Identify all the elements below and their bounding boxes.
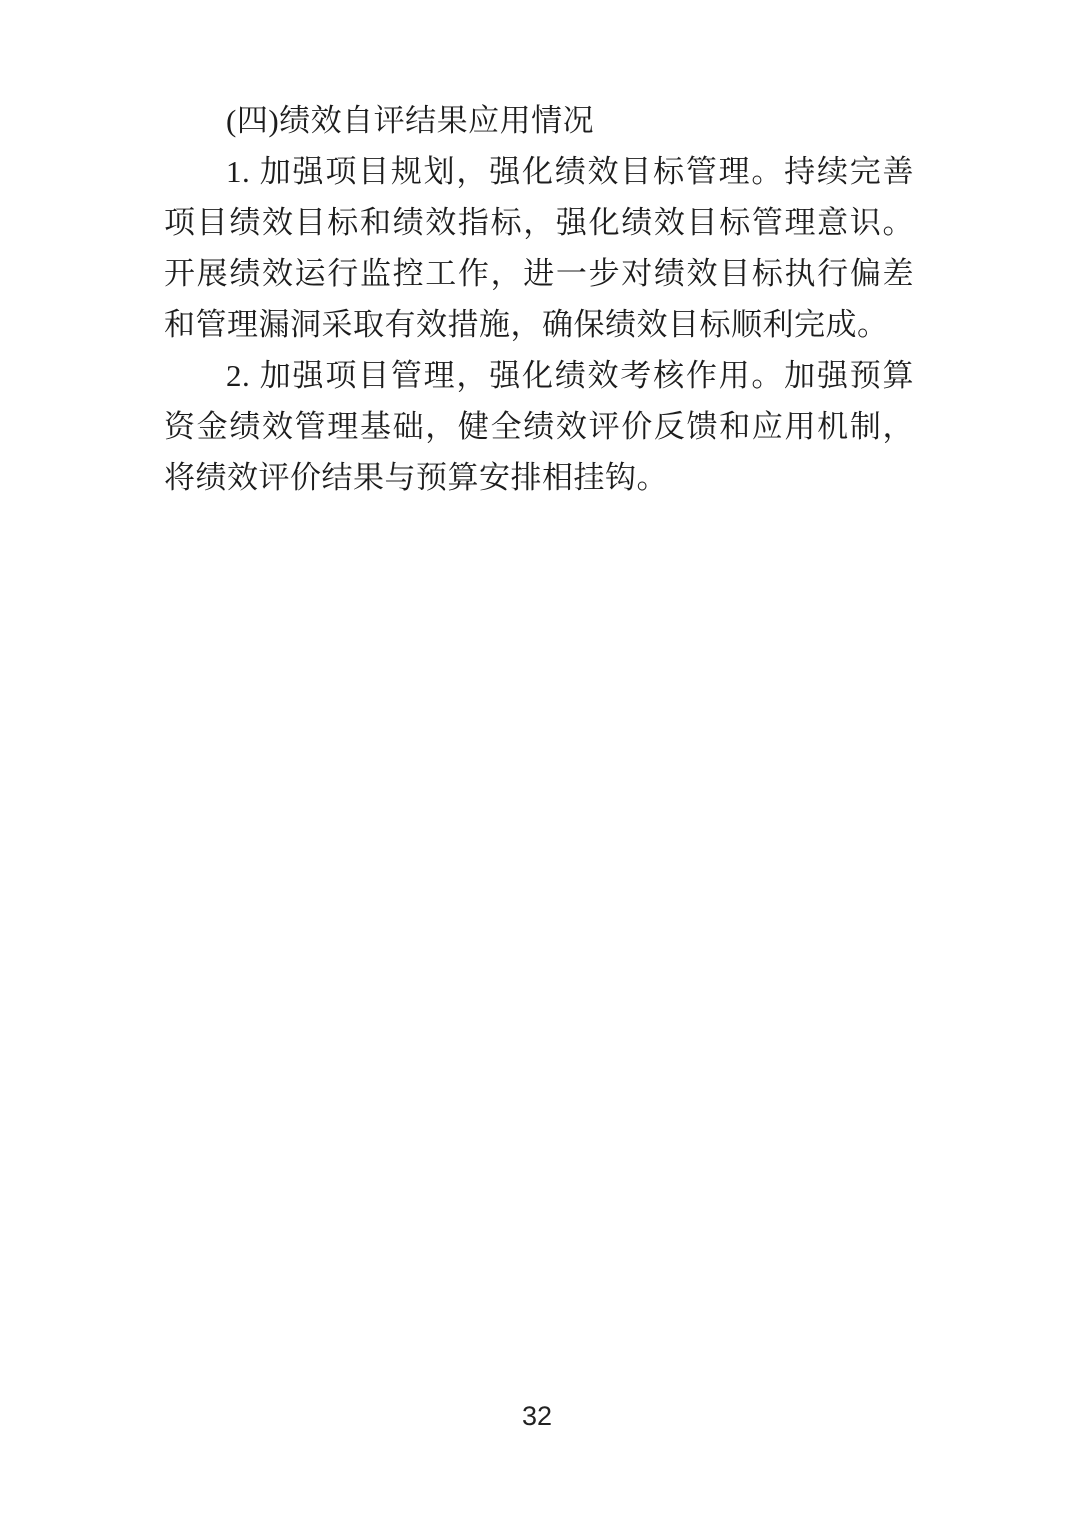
document-page: (四)绩效自评结果应用情况 1. 加强项目规划，强化绩效目标管理。持续完善项目绩… bbox=[0, 0, 1074, 1520]
page-number: 32 bbox=[0, 1400, 1074, 1432]
section-heading: (四)绩效自评结果应用情况 bbox=[164, 95, 914, 146]
paragraph-2: 2. 加强项目管理，强化绩效考核作用。加强预算资金绩效管理基础，健全绩效评价反馈… bbox=[164, 350, 914, 503]
page-content: (四)绩效自评结果应用情况 1. 加强项目规划，强化绩效目标管理。持续完善项目绩… bbox=[164, 95, 914, 503]
paragraph-1: 1. 加强项目规划，强化绩效目标管理。持续完善项目绩效目标和绩效指标，强化绩效目… bbox=[164, 146, 914, 350]
